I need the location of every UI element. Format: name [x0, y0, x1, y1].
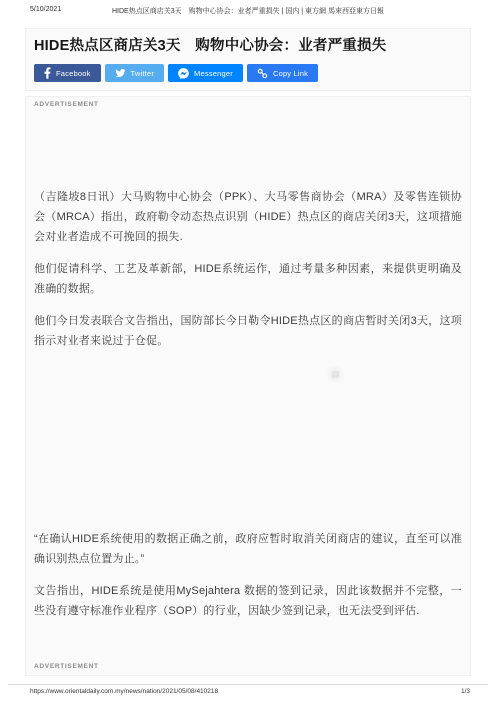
share-messenger-label: Messenger: [194, 69, 233, 78]
advertisement-slot-bottom: [34, 633, 462, 663]
broken-image-icon: [332, 371, 339, 378]
share-messenger-button[interactable]: Messenger: [168, 64, 243, 82]
share-copy-link-button[interactable]: Copy Link: [247, 64, 318, 82]
advertisement-label-bottom: ADVERTISEMENT: [34, 663, 462, 671]
footer-divider: [8, 684, 488, 685]
twitter-bird-icon: [115, 68, 126, 78]
facebook-f-icon: [44, 67, 51, 79]
article-paragraph-3: 他们今日发表联合文告指出，国防部长今日勒令HIDE热点区的商店暂时关闭3天，这项…: [34, 311, 462, 351]
article-text: （吉隆坡8日讯）大马购物中心协会（PPK）、大马零售商协会（MRA）及零售连锁协…: [34, 187, 462, 621]
share-facebook-button[interactable]: Facebook: [34, 64, 101, 82]
print-footer-url: https://www.orientaldaily.com.my/news/na…: [30, 688, 218, 695]
print-footer-page-indicator: 1/3: [461, 688, 470, 695]
share-buttons-row: Facebook Twitter Messenger Copy Link: [34, 64, 462, 82]
advertisement-label-top: ADVERTISEMENT: [34, 101, 462, 109]
messenger-bolt-icon: [178, 68, 189, 79]
print-header-title: HIDE热点区商店关3天 购物中心协会：业者严重损失 | 国内 | 東方網 馬來…: [0, 6, 496, 16]
share-copy-link-label: Copy Link: [273, 69, 308, 78]
article-quote-paragraph: “在确认HIDE系统使用的数据正确之前，政府应暂时取消关闭商店的建议，直至可以准…: [34, 529, 462, 569]
article-headline: HIDE热点区商店关3天 购物中心协会：业者严重损失: [34, 37, 462, 55]
article-body-card: ADVERTISEMENT （吉隆坡8日讯）大马购物中心协会（PPK）、大马零售…: [25, 96, 471, 676]
article-header-card: HIDE热点区商店关3天 购物中心协会：业者严重损失 Facebook Twit…: [25, 28, 471, 91]
share-twitter-button[interactable]: Twitter: [105, 64, 165, 82]
article-paragraph-1: （吉隆坡8日讯）大马购物中心协会（PPK）、大马零售商协会（MRA）及零售连锁协…: [34, 187, 462, 247]
print-preview-page: { "print_header": { "date": "5/10/2021",…: [0, 0, 496, 702]
print-header: 5/10/2021 HIDE热点区商店关3天 购物中心协会：业者严重损失 | 国…: [0, 6, 496, 18]
link-chain-icon: [257, 68, 268, 79]
share-twitter-label: Twitter: [131, 69, 155, 78]
share-facebook-label: Facebook: [56, 69, 91, 78]
print-header-date: 5/10/2021: [30, 6, 61, 13]
article-paragraph-2: 他们促请科学、工艺及革新部，HIDE系统运作，通过考量多种因素，来提供更明确及准…: [34, 259, 462, 299]
article-image-placeholder: [34, 363, 462, 529]
article-paragraph-5: 文告指出，HIDE系统是使用MySejahtera 数据的签到记录，因此该数据并…: [34, 581, 462, 621]
advertisement-slot-top: [34, 109, 462, 187]
